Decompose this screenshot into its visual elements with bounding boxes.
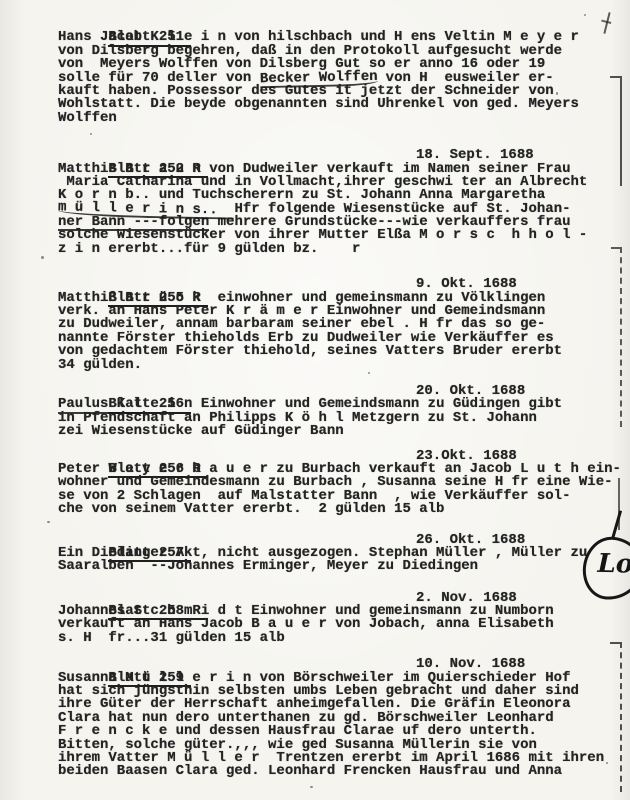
scan-speck: [41, 256, 44, 259]
record-date: 9. Okt. 1688: [416, 278, 517, 291]
text-segment: z i n ererbt...für 9 gülden bz. r: [58, 241, 360, 257]
scan-speck: [47, 521, 50, 523]
record-line: che von seinem Vatter ererbt. 2 gülden 1…: [58, 503, 624, 516]
record-lines: Matthis B r a u n von Dudweiler verkauft…: [58, 163, 624, 257]
record-section: Blatt 251 Hans Jacob K l e i n von hilsc…: [58, 18, 624, 125]
record-lines: Matthiß B r ü c k einwohner und gemeinsm…: [58, 292, 624, 372]
margin-bracket: [610, 642, 622, 792]
record-date: 2. Nov. 1688: [416, 592, 517, 605]
record-section: Blatt 252 R 18. Sept. 1688 Matthis B r a…: [58, 149, 624, 256]
scan-speck: [606, 762, 608, 764]
record-line: Saaralben --Johannes Erminger, Meyer zu …: [58, 560, 624, 573]
record-section: Blatt 259 10. Nov. 1688 Susanna M ü l l …: [58, 658, 624, 779]
text-segment: Wohlstatt. Die beyde obgenannten sind Uh…: [58, 96, 579, 112]
record-date: 26. Okt. 1688: [416, 534, 525, 547]
record-lines: Paulus K l e i n Einwohner und Gemeindsm…: [58, 398, 624, 438]
text-segment: s. H fr...31 gülden 15 alb: [58, 630, 285, 646]
record-line: Wohlstatt. Die beyde obgenannten sind Uh…: [58, 98, 624, 111]
record-line: Wolffen: [58, 112, 624, 125]
text-segment: che von seinem Vatter ererbt. 2 gülden 1…: [58, 501, 444, 517]
scan-speck: [310, 786, 313, 788]
record-section: Blatt 258 R 2. Nov. 1688 Johannes S c h …: [58, 592, 624, 646]
scanned-document: { "annotation": { "text": "Lo" }, "secti…: [0, 0, 630, 800]
text-segment: 34 gülden.: [58, 357, 142, 373]
record-section: Blatt 256 R 23.Okt. 1688 Peter W e y e r…: [58, 450, 624, 517]
record-lines: Hans Jacob K l e i n von hilschbach und …: [58, 31, 624, 125]
record-section: Blatt 256 20. Okt. 1688 Paulus K l e i n…: [58, 385, 624, 439]
record-date: 10. Nov. 1688: [416, 658, 525, 671]
record-date: 18. Sept. 1688: [416, 149, 534, 162]
handwritten-note-text: Lo: [597, 549, 630, 580]
text-segment: Saaralben --Johannes Erminger, Meyer zu …: [58, 558, 478, 574]
text-segment: zei Wiesenstücke auf Güdinger Bann: [58, 423, 344, 439]
margin-bracket: [611, 247, 622, 427]
scan-speck: [90, 133, 92, 135]
record-lines: Peter W e y e r b a u e r zu Burbach ver…: [58, 463, 624, 517]
record-line: zei Wiesenstücke auf Güdinger Bann: [58, 425, 624, 438]
records-list: Blatt 251 Hans Jacob K l e i n von hilsc…: [58, 18, 624, 779]
text-segment: beiden Baasen Clara ged. Leonhard Frenck…: [58, 763, 562, 779]
scan-speck: [584, 14, 586, 16]
record-line: z i n ererbt...für 9 gülden bz. r: [58, 243, 624, 256]
record-line: 34 gülden.: [58, 359, 624, 372]
record-line: beiden Baasen Clara ged. Leonhard Frenck…: [58, 765, 624, 778]
record-line: von gedachtem Förster thiehold, seines V…: [58, 345, 624, 358]
scan-speck: [368, 372, 370, 374]
margin-bracket: [610, 76, 622, 186]
record-date: 23.Okt. 1688: [416, 450, 517, 463]
text-segment: Wolffen: [58, 110, 117, 126]
record-line: s. H fr...31 gülden 15 alb: [58, 632, 624, 645]
record-lines: Johannes S c h m i d t Einwohner und gem…: [58, 605, 624, 645]
record-date: 20. Okt. 1688: [416, 385, 525, 398]
record-section: Blatt 255 R 9. Okt. 1688 Matthiß B r ü c…: [58, 278, 624, 372]
record-lines: Ein Diedinger Akt, nicht ausgezogen. Ste…: [58, 547, 624, 574]
record-lines: Susanna M ü l l e r i n von Börschweiler…: [58, 672, 624, 779]
record-section: Blatt 257 26. Okt. 1688 Ein Diedinger Ak…: [58, 534, 624, 574]
scan-speck: [556, 92, 558, 95]
